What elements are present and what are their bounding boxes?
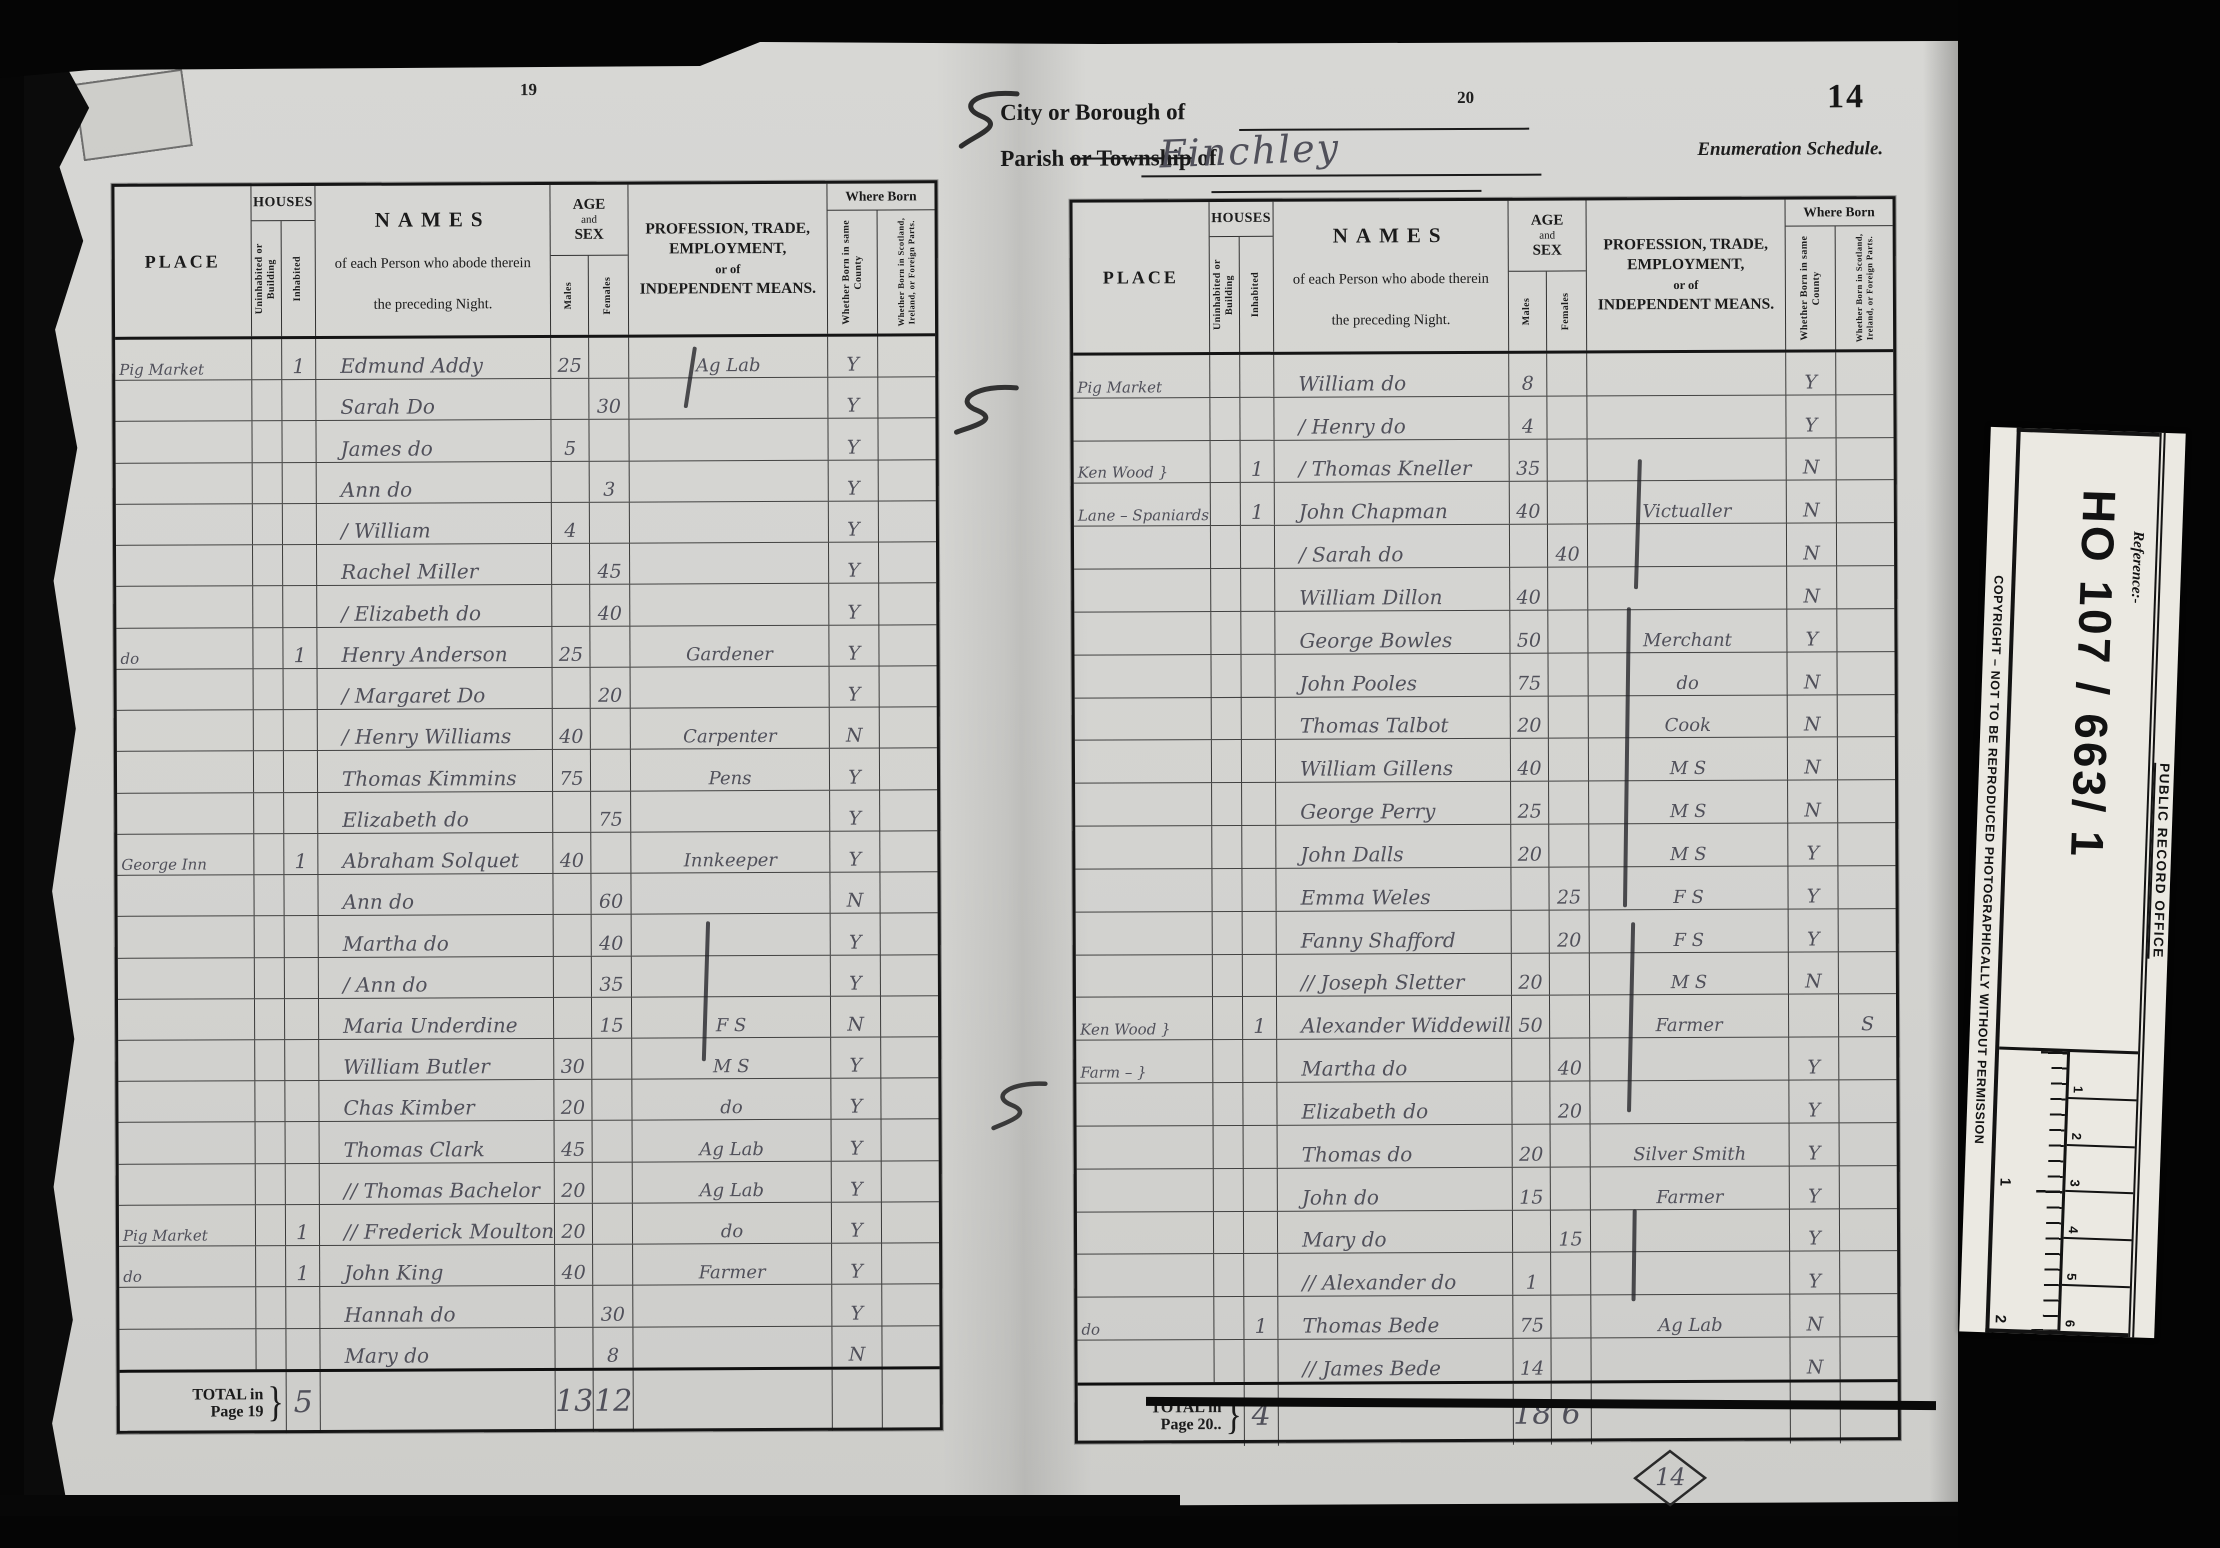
born-elsewhere-cell (1837, 523, 1894, 565)
inhabited-cell: 1 (1241, 483, 1275, 525)
census-table-page-19: PLACE HOUSES Uninhabited or Building Inh… (111, 180, 942, 1434)
age-female-cell (1548, 568, 1588, 610)
age-female-cell: 15 (1551, 1210, 1591, 1252)
place-cell (118, 999, 255, 1040)
name-cell: Thomas Bede (1278, 1296, 1513, 1339)
place-cell (117, 875, 254, 916)
uninhabited-cell (255, 1081, 285, 1121)
census-row: do 1 Thomas Bede 75 Ag Lab N (1077, 1294, 1897, 1340)
place-cell (1077, 1169, 1214, 1211)
name-cell: Mary do (1278, 1210, 1513, 1253)
born-elsewhere-cell (882, 1202, 939, 1242)
name-cell: Maria Underdine (319, 998, 554, 1039)
place-cell (118, 1040, 255, 1081)
name-cell: Thomas do (1278, 1125, 1513, 1168)
ruler-inch-scale: 1 2 (1989, 1050, 2067, 1331)
census-row: do 1 Henry Anderson 25 Gardener Y (116, 625, 936, 670)
ruler-inch-number: 1 (1996, 1178, 2013, 1187)
age-female-cell (589, 420, 629, 460)
total-label: TOTAL in Page 20.. } (1078, 1385, 1245, 1447)
reference-block: Reference:- HO 107 / 663/ 1 (1999, 432, 2159, 1051)
uninhabited-cell (1212, 740, 1242, 782)
profession-cell: Farmer (1590, 995, 1789, 1038)
age-female-cell: 20 (1550, 910, 1590, 952)
age-male-cell: 20 (1511, 825, 1549, 867)
born-county-cell: N (1789, 952, 1839, 994)
ruler-cm-cell: 6 (2060, 1286, 2130, 1333)
census-row: William Dillon 40 N (1074, 566, 1894, 612)
profession-cell (629, 378, 828, 419)
table-header: PLACE HOUSES Uninhabited or Building Inh… (114, 183, 935, 340)
born-county-cell: Y (829, 460, 879, 500)
inhabited-cell: 1 (1244, 1297, 1278, 1339)
born-county-cell: N (1788, 695, 1838, 737)
name-cell: Sarah Do (316, 379, 551, 420)
born-elsewhere-cell (1838, 866, 1895, 908)
born-elsewhere-cell (880, 872, 937, 912)
born-county-cell: Y (832, 1120, 882, 1160)
age-female-cell: 30 (589, 379, 629, 419)
born-county-cell: Y (830, 790, 880, 830)
age-female-cell (1548, 439, 1588, 481)
born-elsewhere-cell (1838, 823, 1895, 865)
age-female-cell: 40 (590, 585, 630, 625)
uninhabited-cell (1212, 869, 1242, 911)
born-elsewhere-cell (1840, 1337, 1897, 1379)
parish-rule (1141, 174, 1541, 178)
born-county-cell: Y (830, 831, 880, 871)
inhabited-cell (1242, 740, 1276, 782)
parish-rule-2 (1211, 190, 1481, 193)
name-cell: ∕ Thomas Kneller (1275, 439, 1510, 482)
born-county-cell: Y (831, 1079, 881, 1119)
census-row: ∕ Sarah do 40 N (1074, 523, 1894, 569)
profession-cell: M S (1589, 824, 1788, 867)
book-spread-paper: 19 20 14 Enumeration Schedule. City or B… (31, 34, 1967, 1510)
profession-cell: Ag Lab (633, 1161, 832, 1202)
age-female-cell (592, 1039, 632, 1079)
born-elsewhere-cell (1839, 1037, 1896, 1079)
header-houses: HOUSES Uninhabited or Building Inhabited (1210, 202, 1275, 352)
profession-cell (629, 419, 828, 460)
profession-cell: Carpenter (631, 708, 830, 749)
diamond-folio-mark: 14 (1633, 1449, 1707, 1507)
place-cell (1076, 955, 1213, 997)
age-female-cell (1547, 396, 1587, 438)
header-females: Females (1546, 271, 1586, 350)
age-female-cell: 15 (592, 997, 632, 1037)
header-profession: PROFESSION, TRADE, EMPLOYMENT, or of IND… (1587, 200, 1787, 351)
inhabited-cell (286, 1287, 320, 1327)
profession-cell (1588, 438, 1787, 481)
total-spacer (1279, 1384, 1514, 1446)
age-female-cell (1551, 1167, 1591, 1209)
census-rows-page-19: Pig Market 1 Edmund Addy 25 Ag Lab Y (115, 336, 939, 1370)
inhabited-cell (284, 793, 318, 833)
place-cell (115, 422, 252, 463)
census-row: Lane – Spaniards 1 John Chapman 40 Victu… (1074, 481, 1894, 527)
inhabited-cell (286, 1122, 320, 1162)
profession-cell: M S (1589, 738, 1788, 781)
name-cell: James do (316, 420, 551, 461)
born-county-cell: N (1787, 438, 1837, 480)
age-female-cell: 75 (591, 791, 631, 831)
header-uninhabited: Uninhabited or Building (252, 221, 282, 336)
inhabited-cell (1244, 1211, 1278, 1253)
inhabited-cell (285, 1040, 319, 1080)
uninhabited-cell (1213, 997, 1243, 1039)
inhabited-cell (1240, 398, 1274, 440)
profession-cell (631, 790, 830, 831)
born-county-cell: Y (829, 501, 879, 541)
census-row: Farm – } Martha do 40 Y (1076, 1037, 1896, 1083)
age-male-cell (1512, 1082, 1550, 1124)
census-row: ∕ Elizabeth do 40 Y (116, 584, 936, 629)
profession-cell: do (632, 1079, 831, 1120)
total-label: TOTAL in Page 19 } (120, 1372, 287, 1434)
place-cell (117, 752, 254, 793)
census-row: John Pooles 75 do N (1074, 652, 1894, 698)
profession-cell: Silver Smith (1591, 1123, 1790, 1166)
born-county-cell: N (830, 873, 880, 913)
inhabited-cell (1242, 826, 1276, 868)
age-male-cell (552, 544, 590, 584)
age-male-cell: 25 (1511, 782, 1549, 824)
age-female-cell: 40 (1548, 525, 1588, 567)
name-cell: ∕ Sarah do (1275, 525, 1510, 568)
place-cell (117, 669, 254, 710)
census-row: Emma Weles 25 F S Y (1075, 866, 1895, 912)
age-female-cell (1548, 653, 1588, 695)
uninhabited-cell (1211, 569, 1241, 611)
name-cell: Thomas Clark (320, 1121, 555, 1162)
uninhabited-cell (256, 1329, 286, 1369)
ruler-inch-number: 2 (1992, 1314, 2009, 1323)
place-cell (1077, 1212, 1214, 1254)
born-elsewhere-cell (1837, 481, 1894, 523)
profession-cell (1587, 395, 1786, 438)
scanned-census-document: 19 20 14 Enumeration Schedule. City or B… (0, 0, 2220, 1548)
census-row: Pig Market William do 8 Y (1073, 352, 1893, 398)
inhabited-cell: 1 (283, 628, 317, 668)
uninhabited-cell (1211, 655, 1241, 697)
age-female-cell (591, 750, 631, 790)
age-male-cell: 20 (555, 1162, 593, 1202)
name-cell: Emma Weles (1276, 868, 1511, 911)
inhabited-cell (1241, 526, 1275, 568)
total-spacer (1592, 1383, 1791, 1445)
census-table-page-20: PLACE HOUSES Uninhabited or Building Inh… (1070, 196, 1901, 1444)
born-county-cell: Y (1786, 395, 1836, 437)
profession-cell: F S (1589, 866, 1788, 909)
age-female-cell (1550, 953, 1590, 995)
city-borough-line: City or Borough of (1000, 99, 1185, 126)
census-row: Maria Underdine 15 F S N (118, 996, 938, 1041)
born-county-cell: N (1787, 524, 1837, 566)
born-elsewhere-cell (1840, 1123, 1897, 1165)
age-female-cell (1548, 482, 1588, 524)
born-county-cell: Y (831, 1038, 881, 1078)
name-cell: Thomas Talbot (1276, 696, 1511, 739)
name-cell: ∕∕ Joseph Sletter (1277, 953, 1512, 996)
age-male-cell (553, 791, 591, 831)
profession-cell (1591, 1338, 1790, 1381)
inhabited-cell: 1 (286, 1205, 320, 1245)
census-row: George Bowles 50 Merchant Y (1074, 609, 1894, 655)
header-males: Males (1509, 272, 1547, 351)
place-cell (1073, 398, 1210, 440)
born-elsewhere-cell (882, 1326, 939, 1366)
inhabited-cell (282, 380, 316, 420)
uninhabited-cell (1214, 1211, 1244, 1253)
inhabited-cell (286, 1164, 320, 1204)
total-spacer (883, 1369, 940, 1430)
label-ruler: 123456 1 2 (1989, 1047, 2138, 1334)
age-male-cell (554, 956, 592, 996)
place-cell (1077, 1340, 1214, 1382)
inhabited-cell (286, 1329, 320, 1369)
total-inhabited: 4 (1245, 1385, 1279, 1446)
age-female-cell: 20 (1550, 1082, 1590, 1124)
name-cell: Hannah do (320, 1286, 555, 1327)
born-county-cell: Y (829, 543, 879, 583)
name-cell: William Butler (319, 1039, 554, 1080)
born-county-cell: Y (1790, 1123, 1840, 1165)
born-county-cell: N (1787, 566, 1837, 608)
born-elsewhere-cell (879, 542, 936, 582)
ruler-cm-cell: 1 (2068, 1052, 2138, 1101)
uninhabited-cell (1211, 441, 1241, 483)
age-female-cell: 30 (593, 1286, 633, 1326)
born-elsewhere-cell (1837, 438, 1894, 480)
age-female-cell (1551, 1296, 1591, 1338)
age-female-cell (589, 338, 629, 378)
place-cell (118, 1081, 255, 1122)
name-cell: ∕ Margaret Do (318, 668, 553, 709)
ruler-cm-cell: 4 (2064, 1192, 2134, 1241)
total-spacer (634, 1370, 833, 1432)
folio-number: 14 (1827, 78, 1865, 116)
total-females: 6 (1552, 1383, 1592, 1444)
profession-cell (1591, 1209, 1790, 1252)
born-county-cell (1789, 995, 1839, 1037)
uninhabited-cell (254, 669, 284, 709)
born-county-cell: N (1790, 1295, 1840, 1337)
age-male-cell (554, 998, 592, 1038)
census-row: Ann do 3 Y (116, 460, 936, 505)
table-header: PLACE HOUSES Uninhabited or Building Inh… (1073, 199, 1894, 356)
born-county-cell: Y (831, 955, 881, 995)
inhabited-cell (1241, 569, 1275, 611)
census-row: ∕∕ Alexander do 1 Y (1077, 1251, 1897, 1297)
census-row: Elizabeth do 20 Y (1076, 1080, 1896, 1126)
inhabited-cell (1243, 1040, 1277, 1082)
inhabited-cell (1242, 697, 1276, 739)
born-elsewhere-cell (1839, 952, 1896, 994)
header-males: Males (551, 256, 589, 335)
header-names: NAMES of each Person who abode therein t… (1274, 201, 1510, 352)
age-male-cell: 40 (1511, 739, 1549, 781)
place-cell (119, 1329, 256, 1370)
place-cell: Pig Market (119, 1205, 256, 1246)
name-cell: ∕∕ Alexander do (1278, 1253, 1513, 1296)
age-male-cell: 40 (553, 833, 591, 873)
census-row: Ann do 60 N (117, 872, 937, 917)
page-corner-fragment (73, 69, 193, 162)
inhabited-cell: 1 (284, 834, 318, 874)
total-brace: } (267, 1379, 284, 1427)
header-where-born: Where Born Whether Born in same County W… (1786, 199, 1894, 349)
uninhabited-cell (1213, 955, 1243, 997)
place-cell (1077, 1126, 1214, 1168)
place-cell (1075, 741, 1212, 783)
profession-cell: M S (632, 1038, 831, 1079)
born-elsewhere-cell (880, 749, 937, 789)
age-male-cell (1510, 525, 1548, 567)
header-place: PLACE (114, 186, 252, 337)
age-male-cell: 4 (552, 503, 590, 543)
page-curl-mark (947, 88, 1027, 154)
total-males: 18 (1514, 1384, 1552, 1445)
age-male-cell: 14 (1513, 1339, 1551, 1381)
age-male-cell: 8 (1509, 354, 1547, 396)
uninhabited-cell (253, 628, 283, 668)
inhabited-cell (284, 710, 318, 750)
born-elsewhere-cell (1837, 609, 1894, 651)
header-where-born: Where Born Whether Born in same County W… (827, 183, 935, 333)
born-county-cell: Y (1789, 1080, 1839, 1122)
name-cell: Rachel Miller (317, 544, 552, 585)
age-male-cell: 25 (552, 626, 590, 666)
age-female-cell (1551, 1253, 1591, 1295)
born-elsewhere-cell (1840, 1166, 1897, 1208)
uninhabited-cell (252, 380, 282, 420)
age-female-cell (593, 1245, 633, 1285)
total-spacer (1841, 1382, 1898, 1443)
uninhabited-cell (1213, 912, 1243, 954)
census-row: Ken Wood } 1 ∕ Thomas Kneller 35 N (1074, 438, 1894, 484)
place-cell (116, 587, 253, 628)
profession-cell: Farmer (1591, 1166, 1790, 1209)
place-cell (1076, 1083, 1213, 1125)
age-female-cell: 45 (590, 544, 630, 584)
born-elsewhere-cell (1838, 780, 1895, 822)
age-male-cell (1512, 1039, 1550, 1081)
born-county-cell: N (832, 1326, 882, 1366)
born-elsewhere-cell (1840, 1209, 1897, 1251)
age-male-cell: 25 (551, 338, 589, 378)
uninhabited-cell (1214, 1169, 1244, 1211)
born-county-cell: Y (832, 1285, 882, 1325)
age-male-cell: 40 (1510, 568, 1548, 610)
name-cell: Henry Anderson (317, 627, 552, 668)
born-county-cell: Y (1790, 1209, 1840, 1251)
age-male-cell (552, 585, 590, 625)
inhabited-cell (1243, 912, 1277, 954)
uninhabited-cell (255, 999, 285, 1039)
uninhabited-cell (253, 504, 283, 544)
born-county-cell: Y (1789, 909, 1839, 951)
census-row: Pig Market 1 ∕∕ Frederick Moulton 20 do … (119, 1202, 939, 1247)
census-row: William Butler 30 M S Y (118, 1037, 938, 1082)
profession-cell: Gardener (630, 625, 829, 666)
born-elsewhere-cell (1840, 1294, 1897, 1336)
inhabited-cell (285, 916, 319, 956)
born-county-cell: N (1790, 1337, 1840, 1379)
born-elsewhere-cell (880, 831, 937, 871)
inhabited-cell (283, 504, 317, 544)
place-cell (116, 463, 253, 504)
inhabited-cell (1240, 355, 1274, 397)
census-row: Hannah do 30 Y (119, 1285, 939, 1330)
header-age-sex: AGE and SEX Males Females (550, 185, 629, 335)
name-cell: Chas Kimber (319, 1080, 554, 1121)
uninhabited-cell (1211, 483, 1241, 525)
ruler-cm-number: 3 (2067, 1179, 2082, 1187)
left-page-number: 19 (520, 80, 537, 100)
uninhabited-cell (1212, 783, 1242, 825)
born-county-cell: Y (1787, 609, 1837, 651)
scan-edge-bottom (0, 1516, 2220, 1548)
age-female-cell (590, 626, 630, 666)
place-cell (116, 504, 253, 545)
profession-cell: do (1588, 652, 1787, 695)
header-names: NAMES of each Person who abode therein t… (315, 185, 551, 336)
age-male-cell (554, 915, 592, 955)
age-male-cell: 35 (1510, 439, 1548, 481)
census-row: Sarah Do 30 Y (115, 378, 935, 423)
uninhabited-cell (255, 1040, 285, 1080)
census-row: Martha do 40 Y (118, 914, 938, 959)
age-female-cell (593, 1162, 633, 1202)
born-elsewhere-cell (878, 378, 935, 418)
name-cell: ∕ Henry do (1274, 397, 1509, 440)
place-cell (1074, 655, 1211, 697)
born-elsewhere-cell (1840, 1251, 1897, 1293)
age-female-cell: 35 (592, 956, 632, 996)
name-cell: Elizabeth do (1277, 1082, 1512, 1125)
census-row: Thomas Kimmins 75 Pens Y (117, 749, 937, 794)
place-cell: do (1077, 1297, 1214, 1339)
profession-cell: M S (1589, 781, 1788, 824)
name-cell: George Bowles (1275, 611, 1510, 654)
born-elsewhere-cell (1839, 909, 1896, 951)
census-row: do 1 John King 40 Farmer Y (119, 1243, 939, 1288)
age-male-cell (555, 1286, 593, 1326)
inhabited-cell (284, 875, 318, 915)
total-spacer (1791, 1382, 1841, 1443)
inhabited-cell (283, 586, 317, 626)
born-elsewhere-cell (1836, 352, 1893, 394)
inhabited-cell: 1 (286, 1246, 320, 1286)
uninhabited-cell (256, 1246, 286, 1286)
census-row: Thomas Clark 45 Ag Lab Y (119, 1120, 939, 1165)
name-cell: Martha do (1277, 1039, 1512, 1082)
age-male-cell (555, 1327, 593, 1367)
born-elsewhere-cell (1838, 738, 1895, 780)
uninhabited-cell (1213, 1040, 1243, 1082)
born-county-cell: Y (831, 914, 881, 954)
place-cell: do (116, 628, 253, 669)
inhabited-cell (285, 1081, 319, 1121)
born-county-cell: Y (1790, 1166, 1840, 1208)
age-male-cell: 40 (555, 1245, 593, 1285)
profession-cell (633, 1326, 832, 1367)
census-row: ∕ Henry Williams 40 Carpenter N (117, 707, 937, 752)
census-row: Elizabeth do 75 Y (117, 790, 937, 835)
place-cell (1076, 912, 1213, 954)
place-cell (1074, 612, 1211, 654)
